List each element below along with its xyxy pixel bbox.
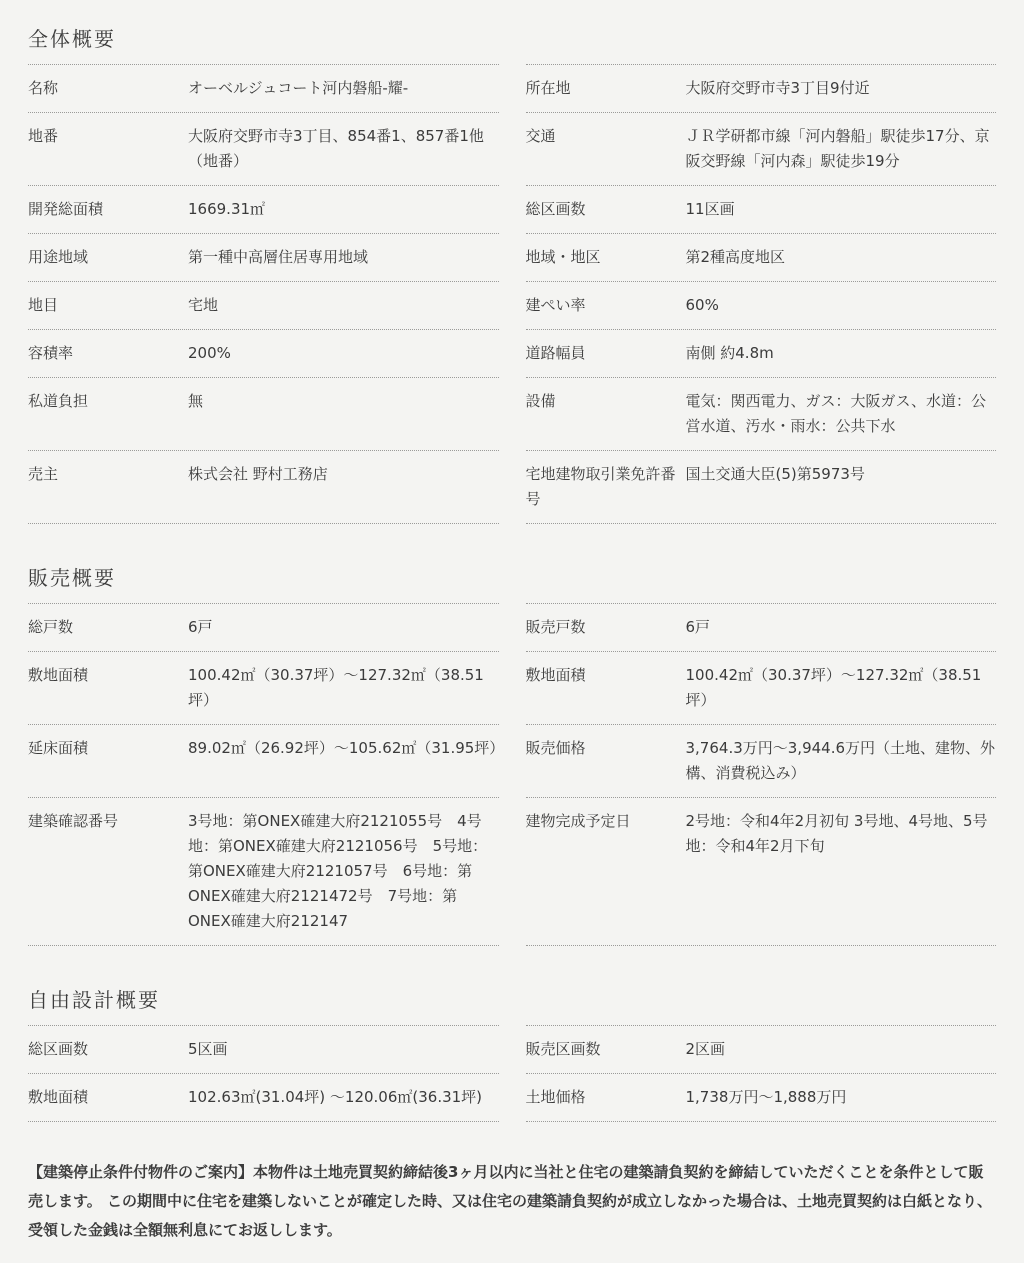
table-row: 地番 大阪府交野市寺3丁目、854番1、857番1他 （地番） 交通 ＪＲ学研都… xyxy=(28,113,996,186)
field-value: 11区画 xyxy=(686,197,997,222)
section-title: 自由設計概要 xyxy=(28,988,996,1012)
section-title: 全体概要 xyxy=(28,27,996,51)
field-label: 販売戸数 xyxy=(526,615,686,640)
spec-cell: 総戸数 6戸 xyxy=(28,603,499,652)
spec-table: 名称 オーベルジュコート河内磐船-耀- 所在地 大阪府交野市寺3丁目9付近 地番… xyxy=(28,64,996,524)
field-label: 所在地 xyxy=(526,76,686,101)
field-label: 建築確認番号 xyxy=(28,809,188,934)
field-label: 延床面積 xyxy=(28,736,188,761)
field-value: 3号地：第ONEX確建大府2121055号 4号地：第ONEX確建大府21210… xyxy=(188,809,499,934)
field-value: 5区画 xyxy=(188,1037,499,1062)
field-label: 敷地面積 xyxy=(28,1085,188,1110)
spec-cell: 延床面積 89.02㎡（26.92坪）〜105.62㎡（31.95坪） xyxy=(28,725,499,798)
field-value: 100.42㎡（30.37坪）〜127.32㎡（38.51坪） xyxy=(188,663,499,713)
field-value: 6戸 xyxy=(686,615,997,640)
field-label: 道路幅員 xyxy=(526,341,686,366)
table-row: 用途地域 第一種中高層住居専用地域 地域・地区 第2種高度地区 xyxy=(28,234,996,282)
field-value: 60% xyxy=(686,293,997,318)
spec-cell: 敷地面積 100.42㎡（30.37坪）〜127.32㎡（38.51坪） xyxy=(526,652,997,725)
field-value: オーベルジュコート河内磐船-耀- xyxy=(188,76,499,101)
table-row: 売主 株式会社 野村工務店 宅地建物取引業免許番号 国土交通大臣(5)第5973… xyxy=(28,451,996,524)
field-value: 89.02㎡（26.92坪）〜105.62㎡（31.95坪） xyxy=(188,736,499,761)
spec-cell: 総区画数 11区画 xyxy=(526,186,997,234)
field-label: 総区画数 xyxy=(526,197,686,222)
field-value: 第2種高度地区 xyxy=(686,245,997,270)
field-label: 地目 xyxy=(28,293,188,318)
section-free-design-summary: 自由設計概要 総区画数 5区画 販売区画数 2区画 敷地面積 102.63㎡(3… xyxy=(28,988,996,1122)
field-label: 交通 xyxy=(526,124,686,174)
field-value: 102.63㎡(31.04坪) 〜120.06㎡(36.31坪) xyxy=(188,1085,499,1110)
field-value: 2号地：令和4年2月初旬 3号地、4号地、5号地：令和4年2月下旬 xyxy=(686,809,997,859)
spec-cell: 販売戸数 6戸 xyxy=(526,603,997,652)
spec-cell: 宅地建物取引業免許番号 国土交通大臣(5)第5973号 xyxy=(526,451,997,524)
field-label: 名称 xyxy=(28,76,188,101)
table-row: 敷地面積 102.63㎡(31.04坪) 〜120.06㎡(36.31坪) 土地… xyxy=(28,1074,996,1122)
spec-cell: 販売区画数 2区画 xyxy=(526,1025,997,1074)
field-value: 1669.31㎡ xyxy=(188,197,499,222)
field-label: 販売区画数 xyxy=(526,1037,686,1062)
section-title: 販売概要 xyxy=(28,566,996,590)
field-value: 大阪府交野市寺3丁目9付近 xyxy=(686,76,997,101)
property-overview-page: 全体概要 名称 オーベルジュコート河内磐船-耀- 所在地 大阪府交野市寺3丁目9… xyxy=(0,0,1024,1263)
field-label: 売主 xyxy=(28,462,188,487)
spec-cell: 設備 電気：関西電力、ガス：大阪ガス、水道：公営水道、汚水・雨水：公共下水 xyxy=(526,378,997,451)
field-label: 私道負担 xyxy=(28,389,188,414)
spec-cell: 総区画数 5区画 xyxy=(28,1025,499,1074)
field-label: 総戸数 xyxy=(28,615,188,640)
spec-table: 総区画数 5区画 販売区画数 2区画 敷地面積 102.63㎡(31.04坪) … xyxy=(28,1025,996,1122)
field-label: 建ぺい率 xyxy=(526,293,686,318)
spec-cell: 用途地域 第一種中高層住居専用地域 xyxy=(28,234,499,282)
spec-cell: 建物完成予定日 2号地：令和4年2月初旬 3号地、4号地、5号地：令和4年2月下… xyxy=(526,798,997,946)
table-row: 総区画数 5区画 販売区画数 2区画 xyxy=(28,1025,996,1074)
field-label: 宅地建物取引業免許番号 xyxy=(526,462,686,512)
field-label: 開発総面積 xyxy=(28,197,188,222)
field-label: 敷地面積 xyxy=(28,663,188,713)
field-value: 国土交通大臣(5)第5973号 xyxy=(686,462,997,512)
spec-cell: 地番 大阪府交野市寺3丁目、854番1、857番1他 （地番） xyxy=(28,113,499,186)
field-label: 販売価格 xyxy=(526,736,686,786)
spec-cell: 建築確認番号 3号地：第ONEX確建大府2121055号 4号地：第ONEX確建… xyxy=(28,798,499,946)
field-value: 南側 約4.8m xyxy=(686,341,997,366)
spec-cell: 所在地 大阪府交野市寺3丁目9付近 xyxy=(526,64,997,113)
field-value: 宅地 xyxy=(188,293,499,318)
field-value: 株式会社 野村工務店 xyxy=(188,462,499,487)
spec-cell: 道路幅員 南側 約4.8m xyxy=(526,330,997,378)
spec-cell: 名称 オーベルジュコート河内磐船-耀- xyxy=(28,64,499,113)
section-sales-summary: 販売概要 総戸数 6戸 販売戸数 6戸 敷地面積 100.42㎡（30.37坪）… xyxy=(28,566,996,946)
field-label: 設備 xyxy=(526,389,686,439)
section-overall-summary: 全体概要 名称 オーベルジュコート河内磐船-耀- 所在地 大阪府交野市寺3丁目9… xyxy=(28,27,996,524)
field-value: 6戸 xyxy=(188,615,499,640)
field-label: 地域・地区 xyxy=(526,245,686,270)
spec-cell: 容積率 200% xyxy=(28,330,499,378)
field-value: 100.42㎡（30.37坪）〜127.32㎡（38.51坪） xyxy=(686,663,997,713)
spec-cell: 土地価格 1,738万円〜1,888万円 xyxy=(526,1074,997,1122)
field-label: 総区画数 xyxy=(28,1037,188,1062)
table-row: 私道負担 無 設備 電気：関西電力、ガス：大阪ガス、水道：公営水道、汚水・雨水：… xyxy=(28,378,996,451)
field-label: 敷地面積 xyxy=(526,663,686,713)
spec-cell: 地域・地区 第2種高度地区 xyxy=(526,234,997,282)
field-value: 大阪府交野市寺3丁目、854番1、857番1他 （地番） xyxy=(188,124,499,174)
field-value: 200% xyxy=(188,341,499,366)
table-row: 敷地面積 100.42㎡（30.37坪）〜127.32㎡（38.51坪） 敷地面… xyxy=(28,652,996,725)
field-label: 建物完成予定日 xyxy=(526,809,686,859)
field-value: 2区画 xyxy=(686,1037,997,1062)
table-row: 名称 オーベルジュコート河内磐船-耀- 所在地 大阪府交野市寺3丁目9付近 xyxy=(28,64,996,113)
building-condition-terms-note: 【建築停止条件付物件のご案内】本物件は土地売買契約締結後3ヶ月以内に当社と住宅の… xyxy=(28,1158,996,1245)
spec-cell: 交通 ＪＲ学研都市線「河内磐船」駅徒歩17分、京阪交野線「河内森」駅徒歩19分 xyxy=(526,113,997,186)
table-row: 総戸数 6戸 販売戸数 6戸 xyxy=(28,603,996,652)
field-value: 3,764.3万円〜3,944.6万円（土地、建物、外構、消費税込み） xyxy=(686,736,997,786)
table-row: 容積率 200% 道路幅員 南側 約4.8m xyxy=(28,330,996,378)
spec-cell: 私道負担 無 xyxy=(28,378,499,451)
field-label: 用途地域 xyxy=(28,245,188,270)
spec-cell: 販売価格 3,764.3万円〜3,944.6万円（土地、建物、外構、消費税込み） xyxy=(526,725,997,798)
field-label: 地番 xyxy=(28,124,188,174)
spec-cell: 売主 株式会社 野村工務店 xyxy=(28,451,499,524)
field-value: 無 xyxy=(188,389,499,414)
field-value: 1,738万円〜1,888万円 xyxy=(686,1085,997,1110)
table-row: 建築確認番号 3号地：第ONEX確建大府2121055号 4号地：第ONEX確建… xyxy=(28,798,996,946)
spec-cell: 建ぺい率 60% xyxy=(526,282,997,330)
spec-cell: 敷地面積 100.42㎡（30.37坪）〜127.32㎡（38.51坪） xyxy=(28,652,499,725)
field-value: 電気：関西電力、ガス：大阪ガス、水道：公営水道、汚水・雨水：公共下水 xyxy=(686,389,997,439)
spec-cell: 敷地面積 102.63㎡(31.04坪) 〜120.06㎡(36.31坪) xyxy=(28,1074,499,1122)
table-row: 延床面積 89.02㎡（26.92坪）〜105.62㎡（31.95坪） 販売価格… xyxy=(28,725,996,798)
spec-cell: 地目 宅地 xyxy=(28,282,499,330)
field-value: ＪＲ学研都市線「河内磐船」駅徒歩17分、京阪交野線「河内森」駅徒歩19分 xyxy=(686,124,997,174)
spec-cell: 開発総面積 1669.31㎡ xyxy=(28,186,499,234)
field-label: 土地価格 xyxy=(526,1085,686,1110)
field-value: 第一種中高層住居専用地域 xyxy=(188,245,499,270)
field-label: 容積率 xyxy=(28,341,188,366)
spec-table: 総戸数 6戸 販売戸数 6戸 敷地面積 100.42㎡（30.37坪）〜127.… xyxy=(28,603,996,946)
table-row: 開発総面積 1669.31㎡ 総区画数 11区画 xyxy=(28,186,996,234)
table-row: 地目 宅地 建ぺい率 60% xyxy=(28,282,996,330)
